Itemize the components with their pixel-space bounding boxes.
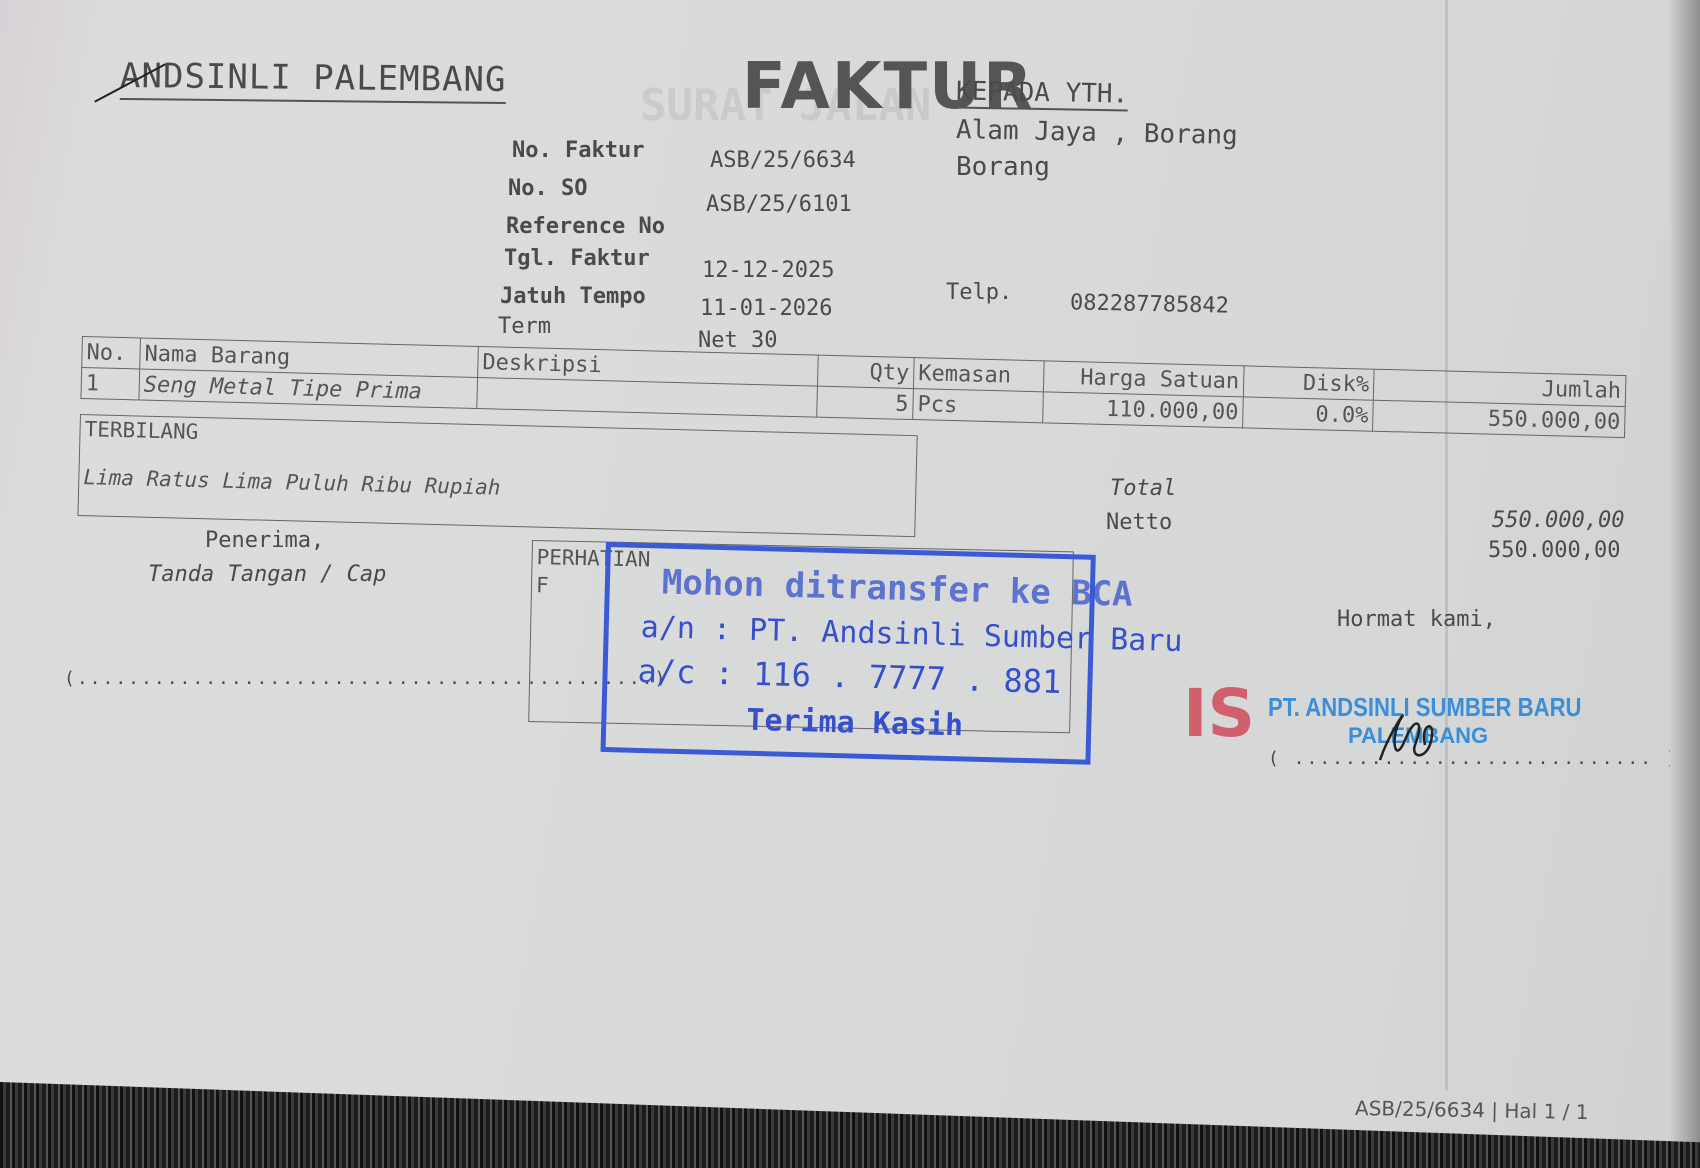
meta-value-no-faktur: ASB/25/6634 [710, 148, 856, 173]
netto-value: 550.000,00 [1488, 538, 1620, 563]
header-qty: Qty [817, 355, 914, 388]
meta-label-tgl-faktur: Tgl. Faktur [504, 246, 650, 271]
header-harga-satuan: Harga Satuan [1043, 361, 1244, 397]
total-label: Total [1110, 476, 1176, 501]
footer-page-reference: ASB/25/6634 | Hal 1 / 1 [1355, 1096, 1589, 1124]
stamp-thanks: Terima Kasih [746, 703, 964, 744]
meta-value-no-so: ASB/25/6101 [706, 192, 852, 217]
meta-label-jatuh-tempo: Jatuh Tempo [500, 284, 646, 309]
header-kemasan: Kemasan [913, 358, 1044, 392]
scan-edge [1670, 0, 1700, 1168]
bank-transfer-stamp: Mohon ditransfer ke BCA a/n : PT. Andsin… [601, 542, 1096, 765]
terbilang-label: TERBILANG [84, 417, 198, 444]
cell-qty: 5 [817, 386, 914, 419]
receiver-sublabel: Tanda Tangan / Cap [148, 562, 386, 587]
signature-icon [1370, 700, 1450, 770]
notice-line2: F [536, 573, 549, 597]
meta-value-jatuh-tempo: 11-01-2026 [700, 296, 832, 321]
stamp-account-name: a/n : PT. Andsinli Sumber Baru [640, 610, 1183, 659]
recipient-heading: KEPADA YTH. [956, 76, 1129, 111]
meta-label-reference-no: Reference No [506, 214, 665, 239]
recipient-address-line2: Borang [956, 152, 1050, 182]
phone-value: 082287785842 [1070, 290, 1229, 318]
header-disk: Disk% [1243, 366, 1374, 400]
phone-label: Telp. [946, 280, 1012, 305]
receiver-label: Penerima, [205, 528, 324, 553]
paper-fold-line [1445, 0, 1448, 1090]
meta-value-term: Net 30 [698, 328, 777, 353]
sender-signature-line: ( ............................ ) [1268, 748, 1679, 769]
terbilang-box: TERBILANG Lima Ratus Lima Puluh Ribu Rup… [77, 414, 917, 537]
meta-label-term: Term [498, 314, 551, 339]
cell-jumlah: 550.000,00 [1373, 400, 1626, 437]
meta-label-no-so: No. SO [508, 176, 587, 201]
meta-label-no-faktur: No. Faktur [512, 138, 644, 163]
terbilang-text: Lima Ratus Lima Puluh Ribu Rupiah [83, 465, 501, 500]
total-value: 550.000,00 [1492, 508, 1624, 533]
cell-harga-satuan: 110.000,00 [1043, 392, 1244, 428]
cell-kemasan: Pcs [913, 389, 1044, 423]
stamp-line1: Mohon ditransfer ke BCA [661, 562, 1133, 614]
stamp-account-number: a/c : 116 . 7777 . 881 [637, 652, 1062, 701]
invoice-paper: SURAT JALAN ANDSINLI PALEMBANG FAKTUR KE… [0, 0, 1700, 1168]
netto-label: Netto [1106, 510, 1172, 535]
cell-disk: 0.0% [1243, 397, 1374, 431]
meta-value-tgl-faktur: 12-12-2025 [702, 258, 834, 283]
cell-no: 1 [81, 368, 140, 400]
closing-text: Hormat kami, [1337, 607, 1496, 632]
company-logo-icon: IS [1183, 676, 1241, 752]
header-no: No. [82, 337, 141, 369]
recipient-address-line1: Alam Jaya , Borang [956, 115, 1238, 151]
company-name: ANDSINLI PALEMBANG [120, 56, 507, 104]
company-stamp: PT. ANDSINLI SUMBER BARU PALEMBANG [1268, 692, 1637, 749]
